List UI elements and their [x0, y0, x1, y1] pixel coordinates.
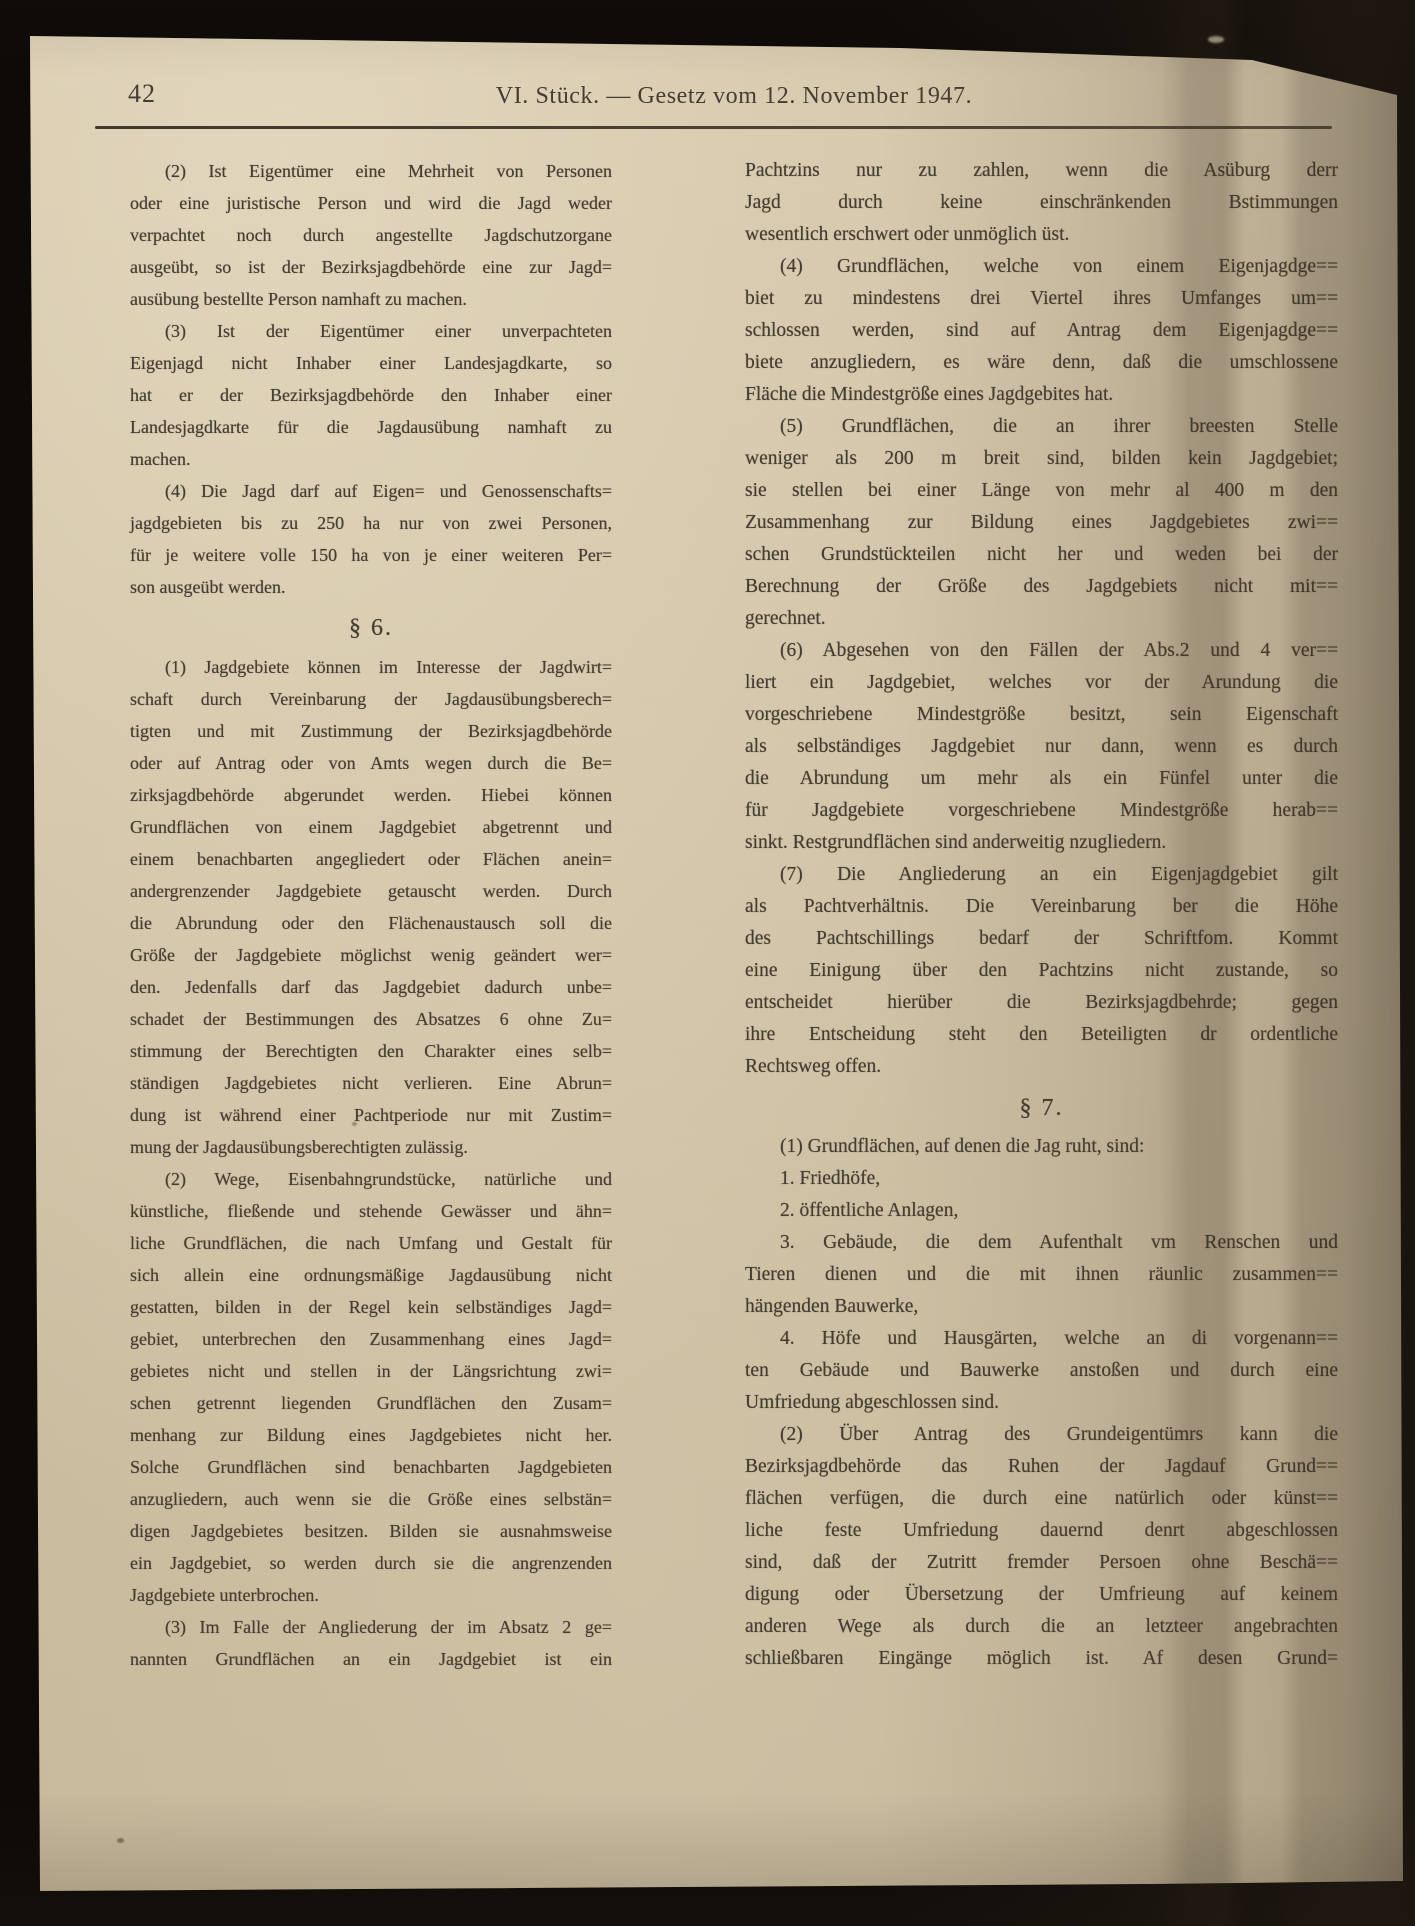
text-line: gestatten, bilden in der Regel kein selb…: [130, 1291, 612, 1323]
text-line: liche feste Umfriedung dauernd denrt abg…: [745, 1515, 1338, 1547]
text-line: zirksjagdbehörde abgerundet werden. Hieb…: [130, 779, 612, 811]
text-line: schließbaren Eingänge möglich ist. Af de…: [745, 1643, 1338, 1675]
text-line: verpachtet noch durch angestellte Jagdsc…: [130, 219, 612, 251]
text-line: künstliche, fließende und stehende Gewäs…: [130, 1195, 612, 1227]
text-line: des Pachtschillings bedarf der Schriftfo…: [745, 923, 1338, 955]
paper-highlight-speck: [1208, 36, 1224, 43]
paragraph: (2) Ist Eigentümer eine Mehrheit von Per…: [130, 155, 612, 315]
text-line: die Abrundung oder den Flächenaustausch …: [130, 907, 612, 939]
text-line: (3) Im Falle der Angliederung der im Abs…: [130, 1611, 612, 1643]
paragraph: (1) Jagdgebiete können im Interesse der …: [130, 651, 612, 1163]
text-line: (7) Die Angliederung an ein Eigenjagdgeb…: [745, 859, 1338, 891]
text-line: (2) Wege, Eisenbahngrundstücke, natürlic…: [130, 1163, 612, 1195]
text-line: gebietes nicht und stellen in der Längsr…: [130, 1355, 612, 1387]
text-line: (5) Grundflächen, die an ihrer breesten …: [745, 411, 1338, 443]
text-line: 4. Höfe und Hausgärten, welche an di vor…: [745, 1323, 1338, 1355]
text-line: sind, daß der Zutritt fremder Persoen oh…: [745, 1547, 1338, 1579]
paragraph: (3) Ist der Eigentümer einer unverpachte…: [130, 315, 612, 475]
text-line: als selbständiges Jagdgebiet nur dann, w…: [745, 731, 1338, 763]
page-header: 42 VI. Stück. — Gesetz vom 12. November …: [130, 62, 1338, 118]
paragraph: (2) Über Antrag des Grundeigentümrs kann…: [745, 1419, 1338, 1675]
text-line: Umfriedung abgeschlossen sind.: [745, 1387, 1338, 1419]
text-line: machen.: [130, 443, 612, 475]
text-line: schen getrennt liegenden Grundflächen de…: [130, 1387, 612, 1419]
text-line: sinkt. Restgrundflächen sind anderweitig…: [745, 827, 1338, 859]
paragraph: (5) Grundflächen, die an ihrer breesten …: [745, 411, 1338, 635]
text-line: Eigenjagd nicht Inhaber einer Landesjagd…: [130, 347, 612, 379]
header-title: VI. Stück. — Gesetz vom 12. November 194…: [130, 82, 1338, 110]
text-line: nannten Grundflächen an ein Jagdgebiet i…: [130, 1643, 612, 1675]
text-line: (1) Grundflächen, auf denen die Jag ruht…: [745, 1131, 1338, 1163]
text-line: hängenden Bauwerke,: [745, 1291, 1338, 1323]
text-line: gebiet, unterbrechen den Zusammenhang ei…: [130, 1323, 612, 1355]
paragraph: 4. Höfe und Hausgärten, welche an di vor…: [745, 1323, 1338, 1419]
text-line: (2) Über Antrag des Grundeigentümrs kann…: [745, 1419, 1338, 1451]
text-line: ten Gebäude und Bauwerke anstoßen und du…: [745, 1355, 1338, 1387]
text-line: hat er der Bezirksjagdbehörde den Inhabe…: [130, 379, 612, 411]
text-line: ausgeübt, so ist der Bezirksjagdbehörde …: [130, 251, 612, 283]
text-line: mung der Jagdausübungsberechtigten zuläs…: [130, 1131, 612, 1163]
text-line: für Jagdgebiete vorgeschriebene Mindestg…: [745, 795, 1338, 827]
text-line: tigten und mit Zustimmung der Bezirksjag…: [130, 715, 612, 747]
text-line: sich allein eine ordnungsmäßige Jagdausü…: [130, 1259, 612, 1291]
text-line: entscheidet hierüber die Bezirksjagdbehr…: [745, 987, 1338, 1019]
text-line: andergrenzender Jagdgebiete getauscht we…: [130, 875, 612, 907]
text-line: digen Jagdgebietes besitzen. Bilden sie …: [130, 1515, 612, 1547]
text-line: Jagd durch keine einschränkenden Bstimmu…: [745, 187, 1338, 219]
text-line: Landesjagdkarte für die Jagdausübung nam…: [130, 411, 612, 443]
text-line: (3) Ist der Eigentümer einer unverpachte…: [130, 315, 612, 347]
scan-background: 42 VI. Stück. — Gesetz vom 12. November …: [0, 0, 1415, 1926]
paragraph: 1. Friedhöfe,: [745, 1163, 1338, 1195]
paragraph: (3) Im Falle der Angliederung der im Abs…: [130, 1611, 612, 1675]
section-heading: § 6.: [130, 611, 612, 645]
text-line: son ausgeübt werden.: [130, 571, 612, 603]
paragraph: Pachtzins nur zu zahlen, wenn die Asübur…: [745, 155, 1338, 251]
paragraph: (2) Wege, Eisenbahngrundstücke, natürlic…: [130, 1163, 612, 1611]
text-line: schlossen werden, sind auf Antrag dem Ei…: [745, 315, 1338, 347]
text-line: anderen Wege als durch die an letzteer a…: [745, 1611, 1338, 1643]
text-line: 3. Gebäude, die dem Aufenthalt vm Rensch…: [745, 1227, 1338, 1259]
paragraph: (4) Die Jagd darf auf Eigen= und Genosse…: [130, 475, 612, 603]
text-line: flächen verfügen, die durch eine natürli…: [745, 1483, 1338, 1515]
paper-speck: [117, 1838, 124, 1843]
paragraph: (7) Die Angliederung an ein Eigenjagdgeb…: [745, 859, 1338, 1083]
text-line: Solche Grundflächen sind benachbarten Ja…: [130, 1451, 612, 1483]
text-line: Größe der Jagdgebiete möglichst wenig ge…: [130, 939, 612, 971]
text-line: sie stellen bei einer Länge von mehr al …: [745, 475, 1338, 507]
text-line: (1) Jagdgebiete können im Interesse der …: [130, 651, 612, 683]
text-line: vorgeschriebene Mindestgröße besitzt, se…: [745, 699, 1338, 731]
text-line: anzugliedern, auch wenn sie die Größe ei…: [130, 1483, 612, 1515]
text-line: die Abrundung um mehr als ein Fünfel unt…: [745, 763, 1338, 795]
paragraph: (6) Abgesehen von den Fällen der Abs.2 u…: [745, 635, 1338, 859]
text-line: Zusammenhang zur Bildung eines Jagdgebie…: [745, 507, 1338, 539]
text-line: stimmung der Berechtigten den Charakter …: [130, 1035, 612, 1067]
text-line: Grundflächen von einem Jagdgebiet abgetr…: [130, 811, 612, 843]
text-line: den. Jedenfalls darf das Jagdgebiet dadu…: [130, 971, 612, 1003]
text-line: 2. öffentliche Anlagen,: [745, 1195, 1338, 1227]
text-line: Tieren dienen und die mit ihnen räunlic …: [745, 1259, 1338, 1291]
text-line: (6) Abgesehen von den Fällen der Abs.2 u…: [745, 635, 1338, 667]
text-line: biete anzugliedern, es wäre denn, daß di…: [745, 347, 1338, 379]
text-line: Pachtzins nur zu zahlen, wenn die Asübur…: [745, 155, 1338, 187]
text-line: als Pachtverhältnis. Die Vereinbarung be…: [745, 891, 1338, 923]
paragraph: 3. Gebäude, die dem Aufenthalt vm Rensch…: [745, 1227, 1338, 1323]
text-line: (4) Grundflächen, welche von einem Eigen…: [745, 251, 1338, 283]
header-rule: [95, 126, 1332, 129]
text-line: oder eine juristische Person und wird di…: [130, 187, 612, 219]
text-line: jagdgebieten bis zu 250 ha nur von zwei …: [130, 507, 612, 539]
text-line: einem benachbarten angegliedert oder Flä…: [130, 843, 612, 875]
text-line: Jagdgebiete unterbrochen.: [130, 1579, 612, 1611]
text-line: ein Jagdgebiet, so werden durch sie die …: [130, 1547, 612, 1579]
text-line: Rechtsweg offen.: [745, 1051, 1338, 1083]
text-column-right: Pachtzins nur zu zahlen, wenn die Asübur…: [745, 155, 1338, 1675]
page-number: 42: [128, 80, 156, 108]
page-content: 42 VI. Stück. — Gesetz vom 12. November …: [130, 62, 1338, 1675]
text-line: für je weitere volle 150 ha von je einer…: [130, 539, 612, 571]
text-line: liche Grundflächen, die nach Umfang und …: [130, 1227, 612, 1259]
text-line: oder auf Antrag oder von Amts wegen durc…: [130, 747, 612, 779]
paper-speck: [352, 1122, 357, 1126]
text-line: schen Grundstückteilen nicht her und wed…: [745, 539, 1338, 571]
text-line: ihre Entscheidung steht den Beteiligten …: [745, 1019, 1338, 1051]
paragraph: (1) Grundflächen, auf denen die Jag ruht…: [745, 1131, 1338, 1163]
text-line: gerechnet.: [745, 603, 1338, 635]
text-line: eine Einigung über den Pachtzins nicht z…: [745, 955, 1338, 987]
text-line: Bezirksjagdbehörde das Ruhen der Jagdauf…: [745, 1451, 1338, 1483]
text-line: ständigen Jagdgebietes nicht verlieren. …: [130, 1067, 612, 1099]
text-line: digung oder Übersetzung der Umfrieung au…: [745, 1579, 1338, 1611]
text-column-left: (2) Ist Eigentümer eine Mehrheit von Per…: [130, 155, 612, 1675]
text-line: wesentlich erschwert oder unmöglich üst.: [745, 219, 1338, 251]
section-heading: § 7.: [745, 1091, 1338, 1125]
text-columns: (2) Ist Eigentümer eine Mehrheit von Per…: [130, 155, 1338, 1675]
text-line: Berechnung der Größe des Jagdgebiets nic…: [745, 571, 1338, 603]
text-line: menhang zur Bildung eines Jagdgebietes n…: [130, 1419, 612, 1451]
text-line: (4) Die Jagd darf auf Eigen= und Genosse…: [130, 475, 612, 507]
text-line: biet zu mindestens drei Viertel ihres Um…: [745, 283, 1338, 315]
text-line: ausübung bestellte Person namhaft zu mac…: [130, 283, 612, 315]
text-line: dung ist während einer Pachtperiode nur …: [130, 1099, 612, 1131]
text-line: (2) Ist Eigentümer eine Mehrheit von Per…: [130, 155, 612, 187]
paragraph: (4) Grundflächen, welche von einem Eigen…: [745, 251, 1338, 411]
paragraph: 2. öffentliche Anlagen,: [745, 1195, 1338, 1227]
text-line: schadet der Bestimmungen des Absatzes 6 …: [130, 1003, 612, 1035]
text-line: liert ein Jagdgebiet, welches vor der Ar…: [745, 667, 1338, 699]
text-line: weniger als 200 m breit sind, bilden kei…: [745, 443, 1338, 475]
text-line: schaft durch Vereinbarung der Jagdausübu…: [130, 683, 612, 715]
text-line: 1. Friedhöfe,: [745, 1163, 1338, 1195]
text-line: Fläche die Mindestgröße eines Jagdgebite…: [745, 379, 1338, 411]
